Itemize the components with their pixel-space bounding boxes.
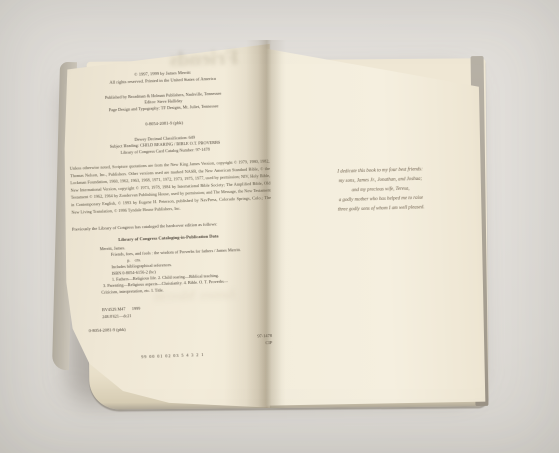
dedication-text: I dedicate this book to my four best fri… [290, 163, 471, 216]
scripture-permissions-paragraph: Unless otherwise noted, Scripture quotat… [70, 157, 272, 215]
previous-cataloging-line: Previously the Library of Congress has c… [72, 219, 272, 231]
isbn-paperback: 0-8054-2081-9 (pbk) [64, 117, 264, 131]
copyright-page-text: © 1997, 1999 by James Merritt All rights… [62, 59, 273, 376]
book-photo: Friends James Merritt © 1997, 1999 by Ja… [0, 0, 559, 453]
isbn-paperback-bottom: 0-8054-2081-9 (pbk) [89, 321, 289, 333]
dedication-page [264, 44, 486, 406]
